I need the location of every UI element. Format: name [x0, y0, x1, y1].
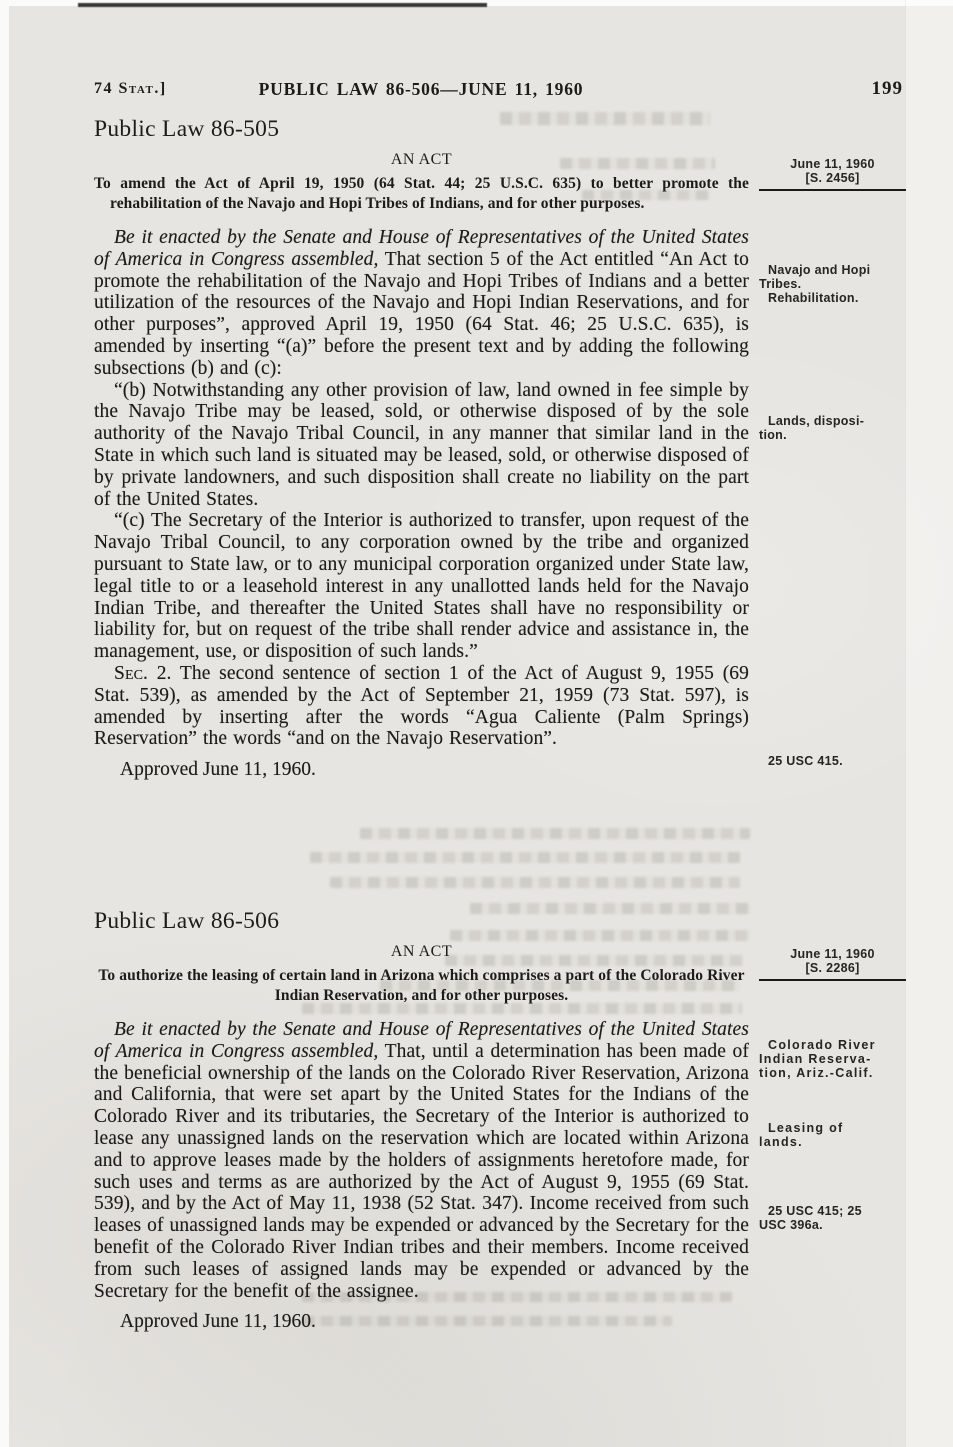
bleed-through-artifact: [360, 828, 750, 839]
margin-note-line: Navajo and Hopi: [759, 263, 906, 277]
scan-edge-left: [0, 0, 9, 1447]
margin-note-line: Rehabilitation.: [759, 291, 906, 305]
margin-note-lands-disposition: Lands, disposi- tion.: [759, 414, 906, 442]
enacting-paragraph: Be it enacted by the Senate and House of…: [94, 1019, 749, 1302]
stat-citation: 74 Stat.]: [94, 80, 167, 98]
enacting-paragraph: Be it enacted by the Senate and House of…: [94, 227, 749, 380]
act-preamble: To amend the Act of April 19, 1950 (64 S…: [94, 174, 749, 213]
margin-note-bill-number: [S. 2286]: [759, 961, 906, 975]
margin-note-line: Lands, disposi-: [759, 414, 906, 428]
margin-note-date-s2456: June 11, 1960 [S. 2456]: [759, 157, 906, 191]
scan-artifact-line: [78, 3, 487, 7]
margin-note-bill-number: [S. 2456]: [759, 171, 906, 185]
margin-note-leasing-of-lands: Leasing of lands.: [759, 1121, 906, 1149]
subsection-c-paragraph: “(c) The Secretary of the Interior is au…: [94, 510, 749, 663]
subsection-b-paragraph: “(b) Notwithstanding any other provision…: [94, 380, 749, 511]
margin-note-navajo-hopi: Navajo and Hopi Tribes. Rehabilitation.: [759, 263, 906, 305]
section-2-paragraph: Sec. 2. The second sentence of section 1…: [94, 663, 749, 750]
page-header: 74 Stat.] PUBLIC LAW 86-506—JUNE 11, 196…: [94, 78, 903, 102]
margin-note-rule: [759, 189, 906, 191]
margin-note-line: Tribes.: [759, 277, 906, 291]
margin-note-line: tion, Ariz.-Calif.: [759, 1066, 906, 1080]
margin-note-line: USC 396a.: [759, 1218, 906, 1232]
an-act-heading: AN ACT: [94, 943, 749, 961]
an-act-heading: AN ACT: [94, 151, 749, 169]
margin-note-25-usc-415-396a: 25 USC 415; 25 USC 396a.: [759, 1204, 906, 1232]
margin-note-colorado-river: Colorado River Indian Reserva- tion, Ari…: [759, 1038, 906, 1080]
margin-note-rule: [759, 979, 906, 981]
law-506-title: Public Law 86-506: [94, 908, 749, 935]
running-title: PUBLIC LAW 86-506—JUNE 11, 1960: [259, 79, 584, 100]
enactment-text: That, until a determination has been mad…: [94, 1041, 749, 1302]
margin-note-date: June 11, 1960: [759, 947, 906, 961]
margin-note-line: Colorado River: [759, 1038, 906, 1052]
law-505-section: Public Law 86-505 AN ACT To amend the Ac…: [94, 116, 749, 781]
law-506-section: Public Law 86-506 AN ACT To authorize th…: [94, 908, 749, 1333]
margin-note-line: Leasing of: [759, 1121, 906, 1135]
margin-note-line: Indian Reserva-: [759, 1052, 906, 1066]
law-505-title: Public Law 86-505: [94, 116, 749, 143]
approved-line: Approved June 11, 1960.: [94, 1311, 749, 1333]
approved-line: Approved June 11, 1960.: [94, 759, 749, 781]
section-2-label: Sec. 2.: [114, 663, 172, 684]
margin-note-date: June 11, 1960: [759, 157, 906, 171]
margin-note-25-usc-415: 25 USC 415.: [759, 754, 906, 768]
margin-note-date-s2286: June 11, 1960 [S. 2286]: [759, 947, 906, 981]
margin-note-line: lands.: [759, 1135, 906, 1149]
bleed-through-artifact: [310, 852, 740, 863]
page-edge-band: [905, 0, 953, 1447]
margin-note-line: 25 USC 415.: [759, 754, 906, 768]
scanned-statute-page: 74 Stat.] PUBLIC LAW 86-506—JUNE 11, 196…: [0, 0, 953, 1447]
page-number: 199: [872, 78, 904, 100]
section-2-text: The second sentence of section 1 of the …: [94, 663, 749, 749]
bleed-through-artifact: [330, 877, 740, 888]
margin-note-line: tion.: [759, 428, 906, 442]
act-preamble: To authorize the leasing of certain land…: [94, 966, 749, 1005]
margin-note-line: 25 USC 415; 25: [759, 1204, 906, 1218]
